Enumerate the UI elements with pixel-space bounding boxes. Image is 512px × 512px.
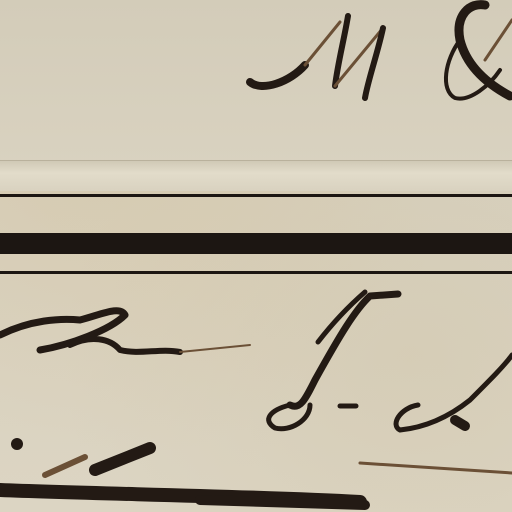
ampersand — [459, 5, 510, 96]
letter-m-tail — [250, 65, 305, 86]
bottom-flourish — [95, 448, 150, 470]
handwriting-layer — [0, 0, 512, 512]
